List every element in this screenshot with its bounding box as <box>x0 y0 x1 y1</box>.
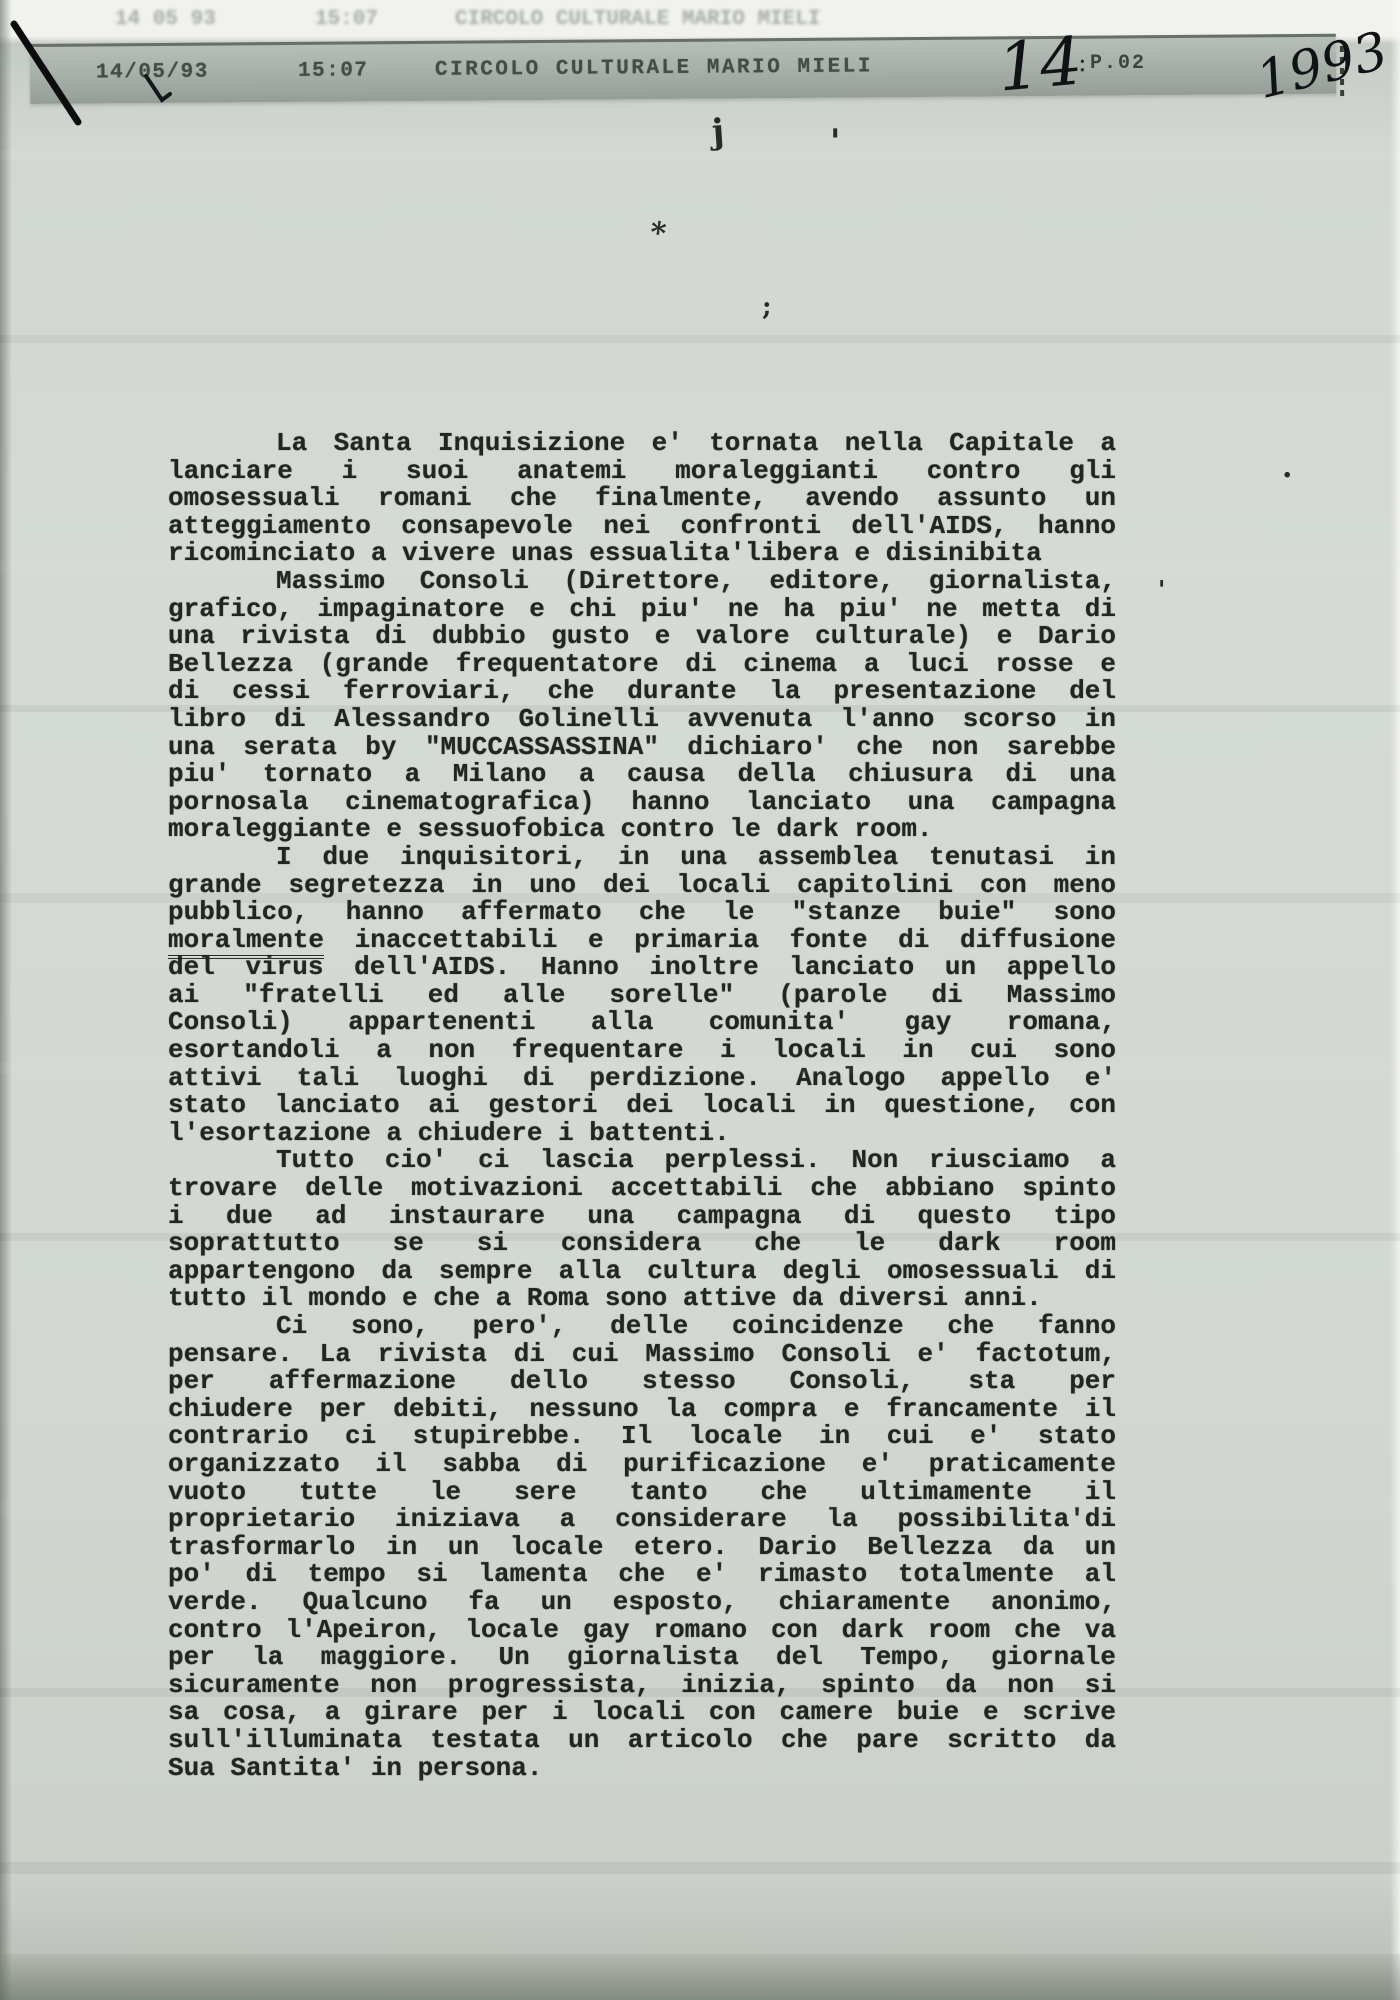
document-line: sa cosa, a girare per i locali con camer… <box>168 1699 1116 1727</box>
document-line: ricominciato a vivere unas essualita'lib… <box>168 540 1116 568</box>
document-line: verde. Qualcuno fa un esposto, chiaramen… <box>168 1589 1116 1617</box>
document-line: del virus dell'AIDS. Hanno inoltre lanci… <box>168 954 1116 982</box>
fax-page-number: P.02 <box>1090 52 1146 75</box>
document-line: contro l'Apeiron, locale gay romano con … <box>168 1617 1116 1645</box>
document-line: piu' tornato a Milano a causa della chiu… <box>168 761 1116 789</box>
document-line: appartengono da sempre alla cultura degl… <box>168 1258 1116 1286</box>
document-line: atteggiamento consapevole nei confronti … <box>168 513 1116 541</box>
ghost-sender: CIRCOLO CULTURALE MARIO MIELI <box>455 8 820 31</box>
document-line: moralmente inaccettabili e primaria font… <box>168 927 1116 955</box>
document-line: Sua Santita' in persona. <box>168 1755 1116 1783</box>
document-line: una rivista di dubbio gusto e valore cul… <box>168 623 1116 651</box>
document-line: pornosala cinematografica) hanno lanciat… <box>168 789 1116 817</box>
document-line: omosessuali romani che finalmente, avend… <box>168 485 1116 513</box>
stray-mark: ' <box>830 122 840 162</box>
stray-mark: ' <box>1158 575 1165 604</box>
document-line: l'esortazione a chiudere i battenti. <box>168 1120 1116 1148</box>
document-line: pensare. La rivista di cui Massimo Conso… <box>168 1341 1116 1369</box>
fax-time: 15:07 <box>298 59 369 83</box>
stray-mark: j <box>711 112 726 153</box>
document-line: lanciare i suoi anatemi moraleggianti co… <box>168 458 1116 486</box>
stray-mark: ; <box>762 292 772 322</box>
document-line: stato lanciato ai gestori dei locali in … <box>168 1092 1116 1120</box>
document-line: per affermazione dello stesso Consoli, s… <box>168 1368 1116 1396</box>
document-line: Massimo Consoli (Direttore, editore, gio… <box>168 568 1116 596</box>
document-line: grande segretezza in uno dei locali capi… <box>168 872 1116 900</box>
document-line: sicuramente non progressista, inizia, sp… <box>168 1672 1116 1700</box>
document-line: per la maggiore. Un giornalista del Temp… <box>168 1644 1116 1672</box>
document-line: sull'illuminata testata un articolo che … <box>168 1727 1116 1755</box>
document-line: Bellezza (grande frequentatore di cinema… <box>168 651 1116 679</box>
ghost-header-row: 14 05 93 15:07 CIRCOLO CULTURALE MARIO M… <box>0 2 1400 38</box>
document-line: tutto il mondo e che a Roma sono attive … <box>168 1285 1116 1313</box>
document-body: La Santa Inquisizione e' tornata nella C… <box>168 430 1116 1782</box>
document-line: Tutto cio' ci lascia perplessi. Non rius… <box>168 1147 1116 1175</box>
scan-streak <box>0 1862 1400 1874</box>
document-line: pubblico, hanno affermato che le "stanze… <box>168 899 1116 927</box>
document-line: chiudere per debiti, nessuno la compra e… <box>168 1396 1116 1424</box>
document-line: Consoli) appartenenti alla comunita' gay… <box>168 1009 1116 1037</box>
ghost-date: 14 05 93 <box>115 8 216 31</box>
handwritten-colon: : <box>1078 48 1087 78</box>
document-line: organizzato il sabba di purificazione e'… <box>168 1451 1116 1479</box>
fax-sender: CIRCOLO CULTURALE MARIO MIELI <box>435 55 873 81</box>
stray-mark: . <box>1282 450 1292 485</box>
document-line: La Santa Inquisizione e' tornata nella C… <box>168 430 1116 458</box>
document-line: trasformarlo in un locale etero. Dario B… <box>168 1534 1116 1562</box>
document-line: Ci sono, pero', delle coincidenze che fa… <box>168 1313 1116 1341</box>
document-line: I due inquisitori, in una assemblea tenu… <box>168 844 1116 872</box>
document-line: attivi tali luoghi di perdizione. Analog… <box>168 1065 1116 1093</box>
document-line: soprattutto se si considera che le dark … <box>168 1230 1116 1258</box>
document-line: proprietario iniziava a considerare la p… <box>168 1506 1116 1534</box>
scan-streak <box>0 150 1400 160</box>
document-line: i due ad instaurare una campagna di ques… <box>168 1203 1116 1231</box>
document-line: contrario ci stupirebbe. Il locale in cu… <box>168 1423 1116 1451</box>
fax-page: 14 05 93 15:07 CIRCOLO CULTURALE MARIO M… <box>0 0 1400 2000</box>
scan-right-edge <box>1390 0 1400 2000</box>
document-line: trovare delle motivazioni accettabili ch… <box>168 1175 1116 1203</box>
document-line: ai "fratelli ed alle sorelle" (parole di… <box>168 982 1116 1010</box>
document-line: moraleggiante e sessuofobica contro le d… <box>168 816 1116 844</box>
document-line: esortandoli a non frequentare i locali i… <box>168 1037 1116 1065</box>
handwritten-page-number: 14 <box>995 22 1085 106</box>
ghost-time: 15:07 <box>315 8 378 31</box>
document-line: di cessi ferroviari, che durante la pres… <box>168 678 1116 706</box>
scan-bottom-band <box>0 1954 1400 2000</box>
document-line: una serata by "MUCCASSASSINA" dichiaro' … <box>168 734 1116 762</box>
stray-mark: * <box>648 215 668 252</box>
scan-streak <box>0 335 1400 343</box>
scan-left-edge <box>0 0 12 2000</box>
fax-date: 14/05/93 <box>96 61 209 85</box>
document-line: libro di Alessandro Golinelli avvenuta l… <box>168 706 1116 734</box>
document-line: vuoto tutte le sere tanto che ultimament… <box>168 1479 1116 1507</box>
document-line: grafico, impaginatore e chi piu' ne ha p… <box>168 596 1116 624</box>
document-line: po' di tempo si lamenta che e' rimasto t… <box>168 1561 1116 1589</box>
